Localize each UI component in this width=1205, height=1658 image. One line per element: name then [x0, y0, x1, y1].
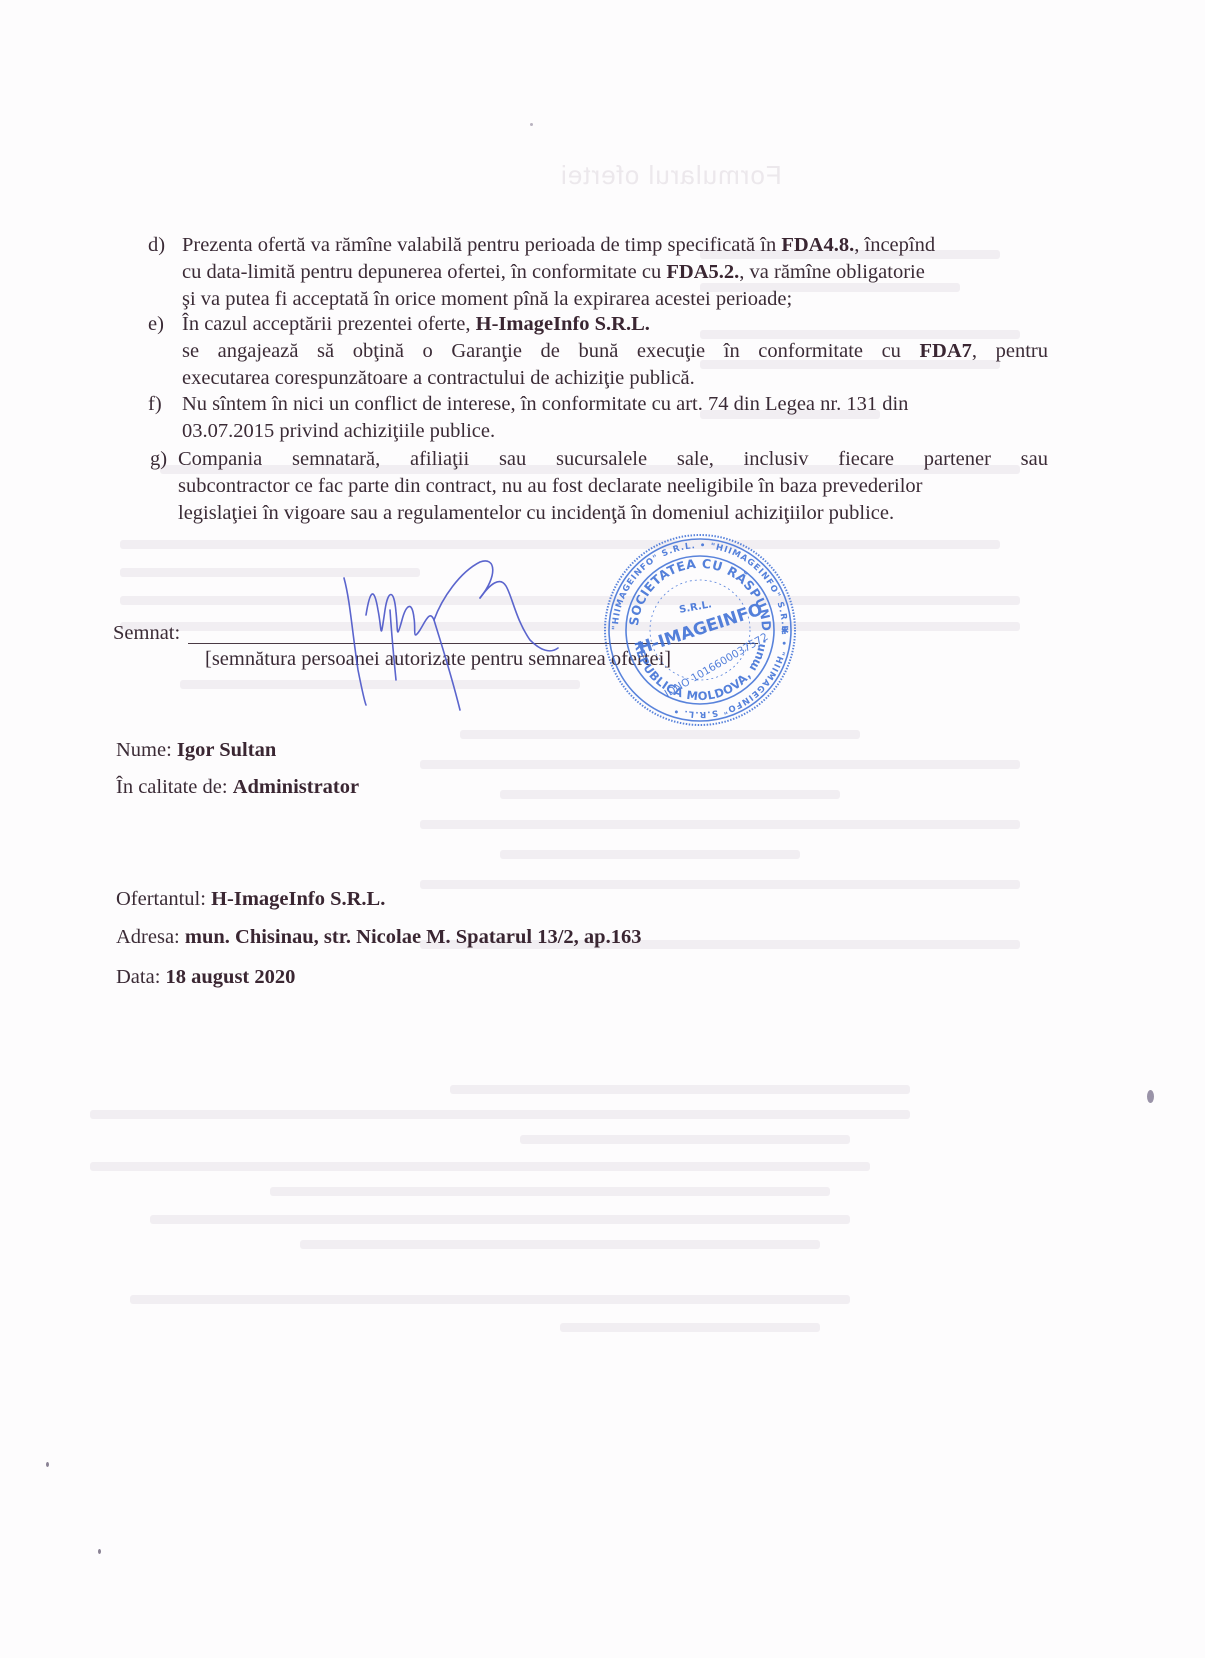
date-label: Data: [116, 966, 160, 988]
address-field: Adresa: mun. Chisinau, str. Nicolae M. S… [116, 926, 641, 949]
bidder-label: Ofertantul: [116, 888, 206, 910]
name-value: Igor Sultan [177, 739, 276, 761]
company-stamp-icon: "HIIMAGEINFO" S.R.L. • "HIIMAGEINFO" S.R… [600, 530, 800, 730]
clause-label: e) [148, 311, 164, 338]
date-field: Data: 18 august 2020 [116, 966, 295, 989]
address-label: Adresa: [116, 926, 180, 948]
clause-label: g) [150, 446, 167, 473]
clause-line: Compania semnatară, afiliaţii sau sucurs… [178, 446, 1048, 473]
bidder-value: H-ImageInfo S.R.L. [211, 888, 385, 910]
clause-line: 03.07.2015 privind achiziţiile publice. [182, 418, 1048, 445]
clause-label: d) [148, 232, 165, 259]
clause-label: f) [148, 391, 162, 418]
role-label: În calitate de: [116, 776, 228, 798]
clause-line: subcontractor ce fac parte din contract,… [178, 473, 1048, 500]
clause-line: În cazul acceptării prezentei oferte, H-… [182, 311, 1048, 338]
clause-line: Nu sîntem în nici un conflict de interes… [182, 391, 1048, 418]
role-value: Administrator [233, 776, 359, 798]
clause-line: executarea corespunzătoare a contractulu… [182, 365, 1048, 392]
handwritten-signature-icon [330, 550, 590, 720]
clause-e: e)În cazul acceptării prezentei oferte, … [148, 311, 1048, 392]
svg-text:✱: ✱ [781, 626, 789, 637]
clause-line: Prezenta ofertă va rămîne valabilă pentr… [182, 232, 1048, 259]
clause-line: legislaţiei în vigoare sau a regulamente… [178, 500, 1048, 527]
clause-g: g)Compania semnatară, afiliaţii sau sucu… [148, 446, 1048, 527]
name-label: Nume: [116, 739, 172, 761]
stamp-srl-text: S.R.L. [678, 599, 712, 616]
address-value: mun. Chisinau, str. Nicolae M. Spatarul … [185, 926, 642, 948]
clause-line: şi va putea fi acceptată în orice moment… [182, 286, 1048, 313]
clause-line: cu data-limită pentru depunerea ofertei,… [182, 259, 1048, 286]
signature-label: Semnat: [113, 622, 180, 645]
clause-f: f)Nu sîntem în nici un conflict de inter… [148, 391, 1048, 445]
name-field: Nume: Igor Sultan [116, 739, 276, 762]
bidder-field: Ofertantul: H-ImageInfo S.R.L. [116, 888, 385, 911]
date-value: 18 august 2020 [166, 966, 296, 988]
bleed-through-header: Formularul ofertei [560, 160, 782, 191]
clause-line: se angajează să obţină o Garanţie de bun… [182, 338, 1048, 365]
clause-d: d)Prezenta ofertă va rămîne valabilă pen… [148, 232, 1048, 313]
role-field: În calitate de: Administrator [116, 776, 359, 799]
